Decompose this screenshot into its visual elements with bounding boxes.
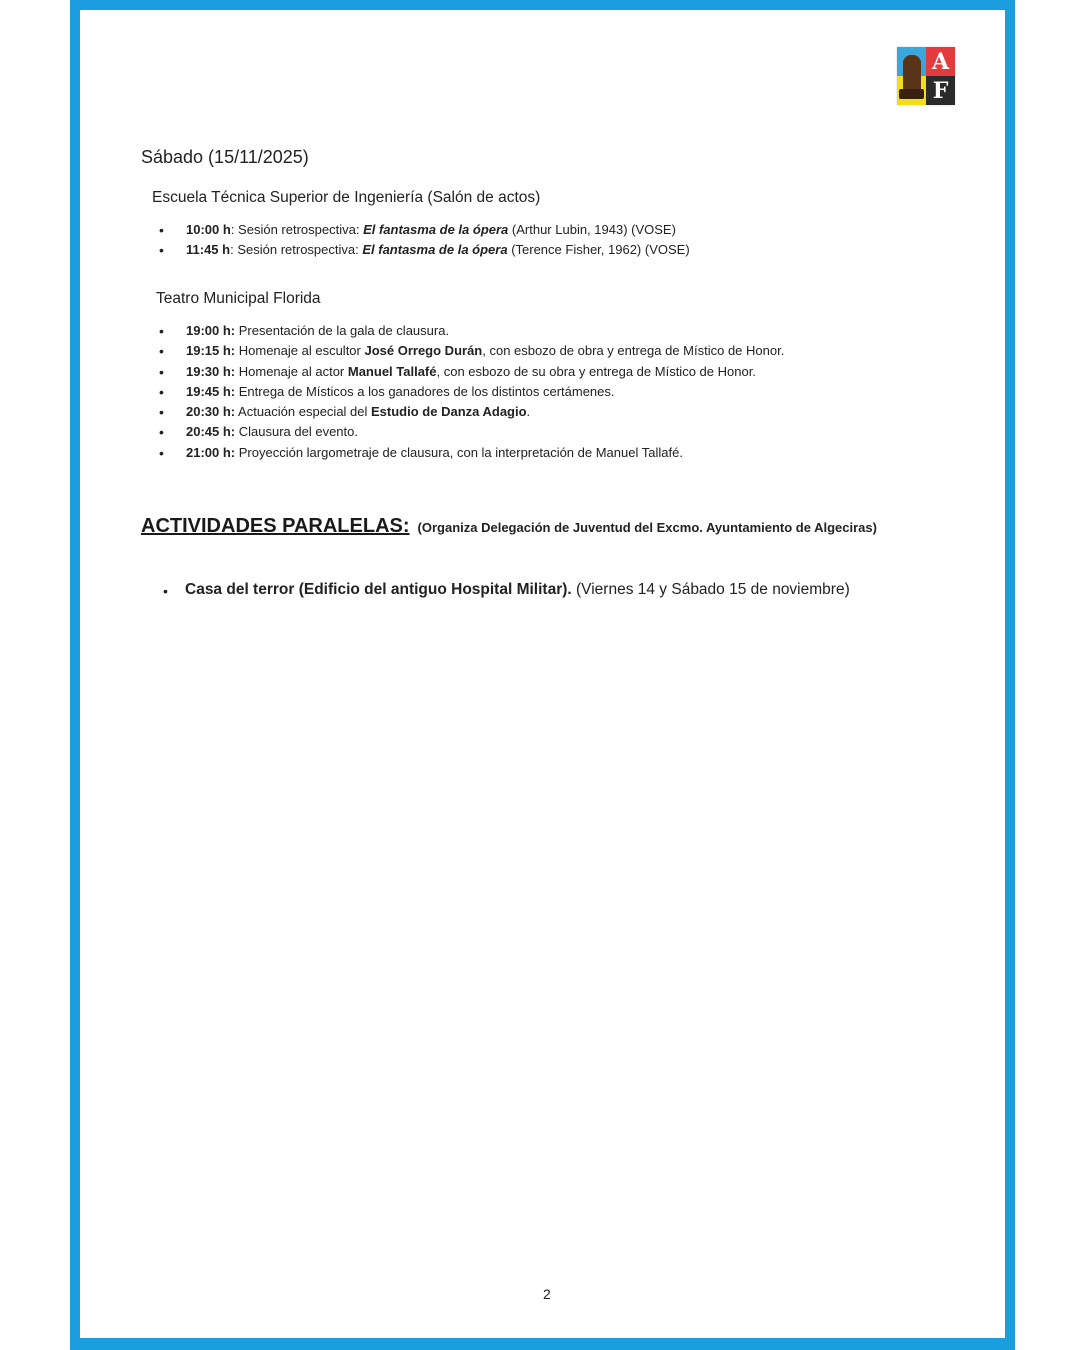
logo-letter-a: A — [926, 47, 955, 76]
list-item: 19:15 h: Homenaje al escultor José Orreg… — [159, 341, 784, 361]
list-item: 20:30 h: Actuación especial del Estudio … — [159, 402, 784, 422]
venue-schedule-list: 19:00 h: Presentación de la gala de clau… — [159, 321, 784, 463]
list-item: Casa del terror (Edificio del antiguo Ho… — [163, 580, 850, 600]
section-title: ACTIVIDADES PARALELAS: — [141, 515, 410, 537]
list-item: 19:30 h: Homenaje al actor Manuel Tallaf… — [159, 362, 784, 382]
parallel-activities-list: Casa del terror (Edificio del antiguo Ho… — [163, 580, 850, 600]
venue-schedule-list: 10:00 h: Sesión retrospectiva: El fantas… — [159, 220, 690, 261]
list-item: 11:45 h: Sesión retrospectiva: El fantas… — [159, 240, 690, 260]
statue-icon — [897, 47, 926, 105]
venue-heading: Escuela Técnica Superior de Ingeniería (… — [152, 189, 540, 207]
parallel-activities-heading: ACTIVIDADES PARALELAS:(Organiza Delegaci… — [141, 515, 877, 538]
film-title: El fantasma de la ópera — [362, 242, 507, 257]
list-item: 19:00 h: Presentación de la gala de clau… — [159, 321, 784, 341]
film-title: El fantasma de la ópera — [363, 222, 508, 237]
day-heading: Sábado (15/11/2025) — [141, 147, 309, 168]
logo-letter-f: F — [926, 76, 955, 105]
organizer-note: (Organiza Delegación de Juventud del Exc… — [418, 520, 877, 535]
list-item: 10:00 h: Sesión retrospectiva: El fantas… — [159, 220, 690, 240]
page-number: 2 — [543, 1286, 551, 1302]
list-item: 19:45 h: Entrega de Místicos a los ganad… — [159, 382, 784, 402]
festival-logo: A F — [897, 47, 955, 105]
venue-heading: Teatro Municipal Florida — [156, 290, 321, 308]
list-item: 20:45 h: Clausura del evento. — [159, 422, 784, 442]
list-item: 21:00 h: Proyección largometraje de clau… — [159, 443, 784, 463]
